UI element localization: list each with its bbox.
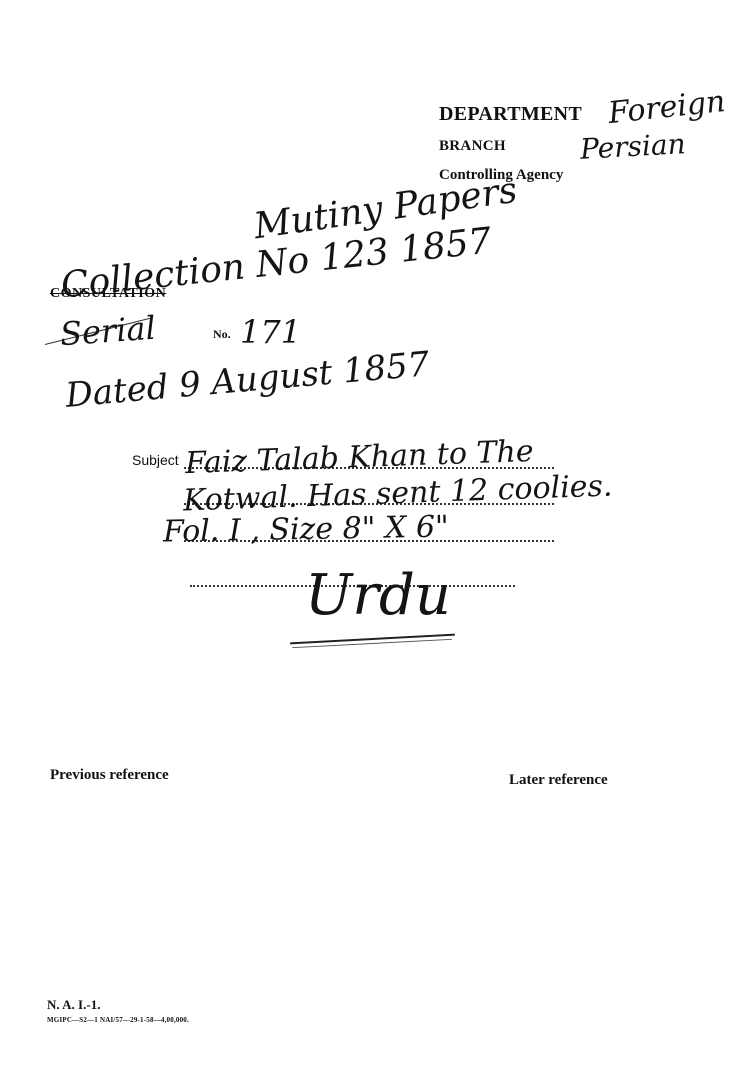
- department-label: DEPARTMENT: [439, 103, 582, 126]
- serial-number: 171: [240, 313, 301, 351]
- branch-value: Persian: [579, 127, 686, 165]
- serial-handwritten-label: Serial: [59, 309, 157, 354]
- printer-imprint: MGIPC—S2—1 NAI/57—29-1-58—4,00,000.: [47, 1016, 189, 1024]
- branch-label: BRANCH: [439, 138, 506, 155]
- subject-label: Subject: [132, 452, 179, 468]
- language: Urdu: [305, 563, 451, 628]
- form-number: N. A. I.-1.: [47, 997, 100, 1013]
- subject-line-3: Fol. I , Size 8" X 6": [163, 510, 449, 550]
- number-label: No.: [213, 327, 231, 342]
- department-value: Foreign: [606, 84, 726, 131]
- later-reference-label: Later reference: [509, 772, 608, 789]
- date-line: Dated 9 August 1857: [64, 344, 431, 416]
- consultation-label-struck: CONSULTATION: [50, 286, 166, 302]
- previous-reference-label: Previous reference: [50, 767, 169, 784]
